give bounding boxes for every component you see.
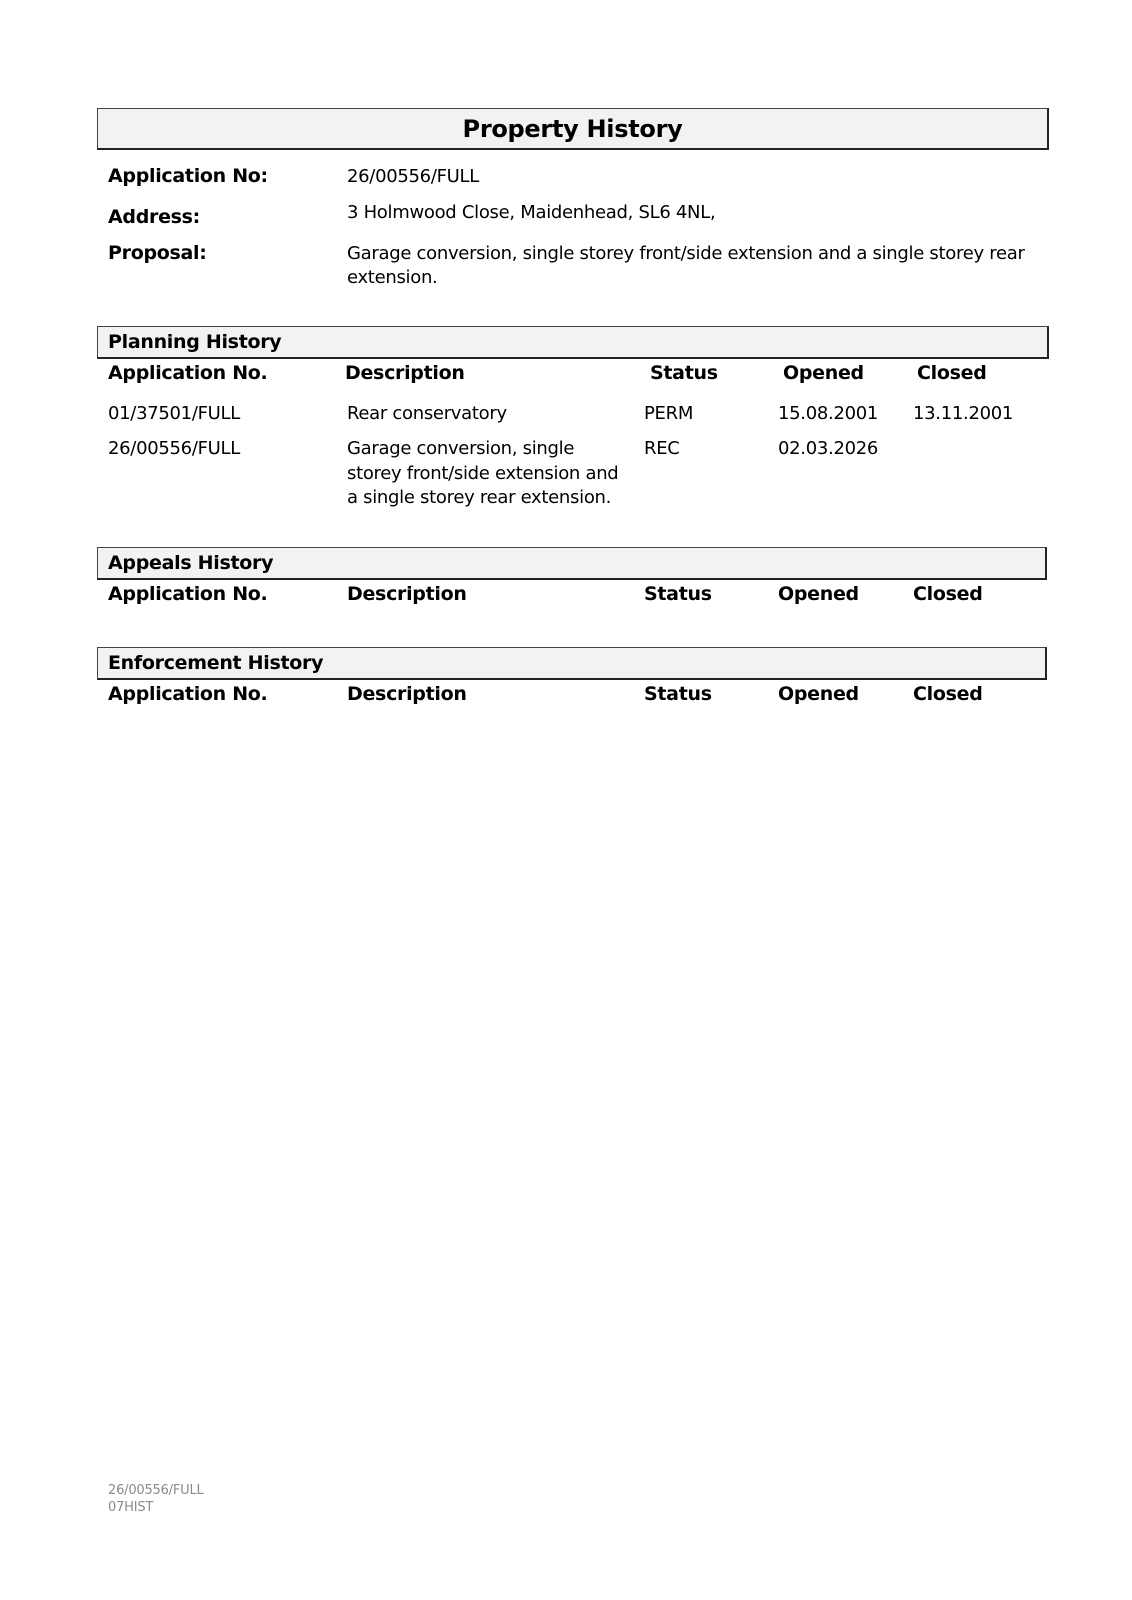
column-description: Description (347, 683, 467, 705)
row-opened: 15.08.2001 (778, 402, 878, 427)
application-no-value: 26/00556/FULL (347, 165, 1027, 189)
column-application-no: Application No. (108, 362, 267, 384)
row-application-no: 01/37501/FULL (108, 402, 240, 427)
enforcement-history-heading: Enforcement History (97, 647, 1047, 680)
column-opened: Opened (778, 683, 859, 705)
column-description: Description (345, 362, 465, 384)
column-closed: Closed (913, 583, 983, 605)
row-description: Rear conservatory (347, 402, 627, 427)
planning-history-heading: Planning History (97, 326, 1049, 359)
column-status: Status (650, 362, 718, 384)
column-closed: Closed (917, 362, 987, 384)
row-closed: 13.11.2001 (913, 402, 1013, 427)
application-no-label: Application No: (108, 165, 268, 187)
column-application-no: Application No. (108, 683, 267, 705)
footer-document-code: 07HIST (108, 1499, 204, 1516)
column-status: Status (644, 583, 712, 605)
property-history-page: Property History Application No: 26/0055… (0, 0, 1132, 1600)
page-footer: 26/00556/FULL 07HIST (108, 1482, 204, 1516)
column-application-no: Application No. (108, 583, 267, 605)
row-status: REC (644, 437, 680, 462)
column-opened: Opened (778, 583, 859, 605)
row-application-no: 26/00556/FULL (108, 437, 240, 462)
column-closed: Closed (913, 683, 983, 705)
column-opened: Opened (783, 362, 864, 384)
footer-reference: 26/00556/FULL (108, 1482, 204, 1499)
address-value: 3 Holmwood Close, Maidenhead, SL6 4NL, (347, 201, 1027, 225)
address-label: Address: (108, 206, 200, 228)
proposal-label: Proposal: (108, 242, 207, 264)
proposal-value: Garage conversion, single storey front/s… (347, 242, 1027, 290)
row-opened: 02.03.2026 (778, 437, 878, 462)
column-status: Status (644, 683, 712, 705)
column-description: Description (347, 583, 467, 605)
appeals-history-heading: Appeals History (97, 547, 1047, 580)
page-title: Property History (97, 108, 1049, 150)
row-description: Garage conversion, single storey front/s… (347, 437, 627, 511)
row-status: PERM (644, 402, 693, 427)
